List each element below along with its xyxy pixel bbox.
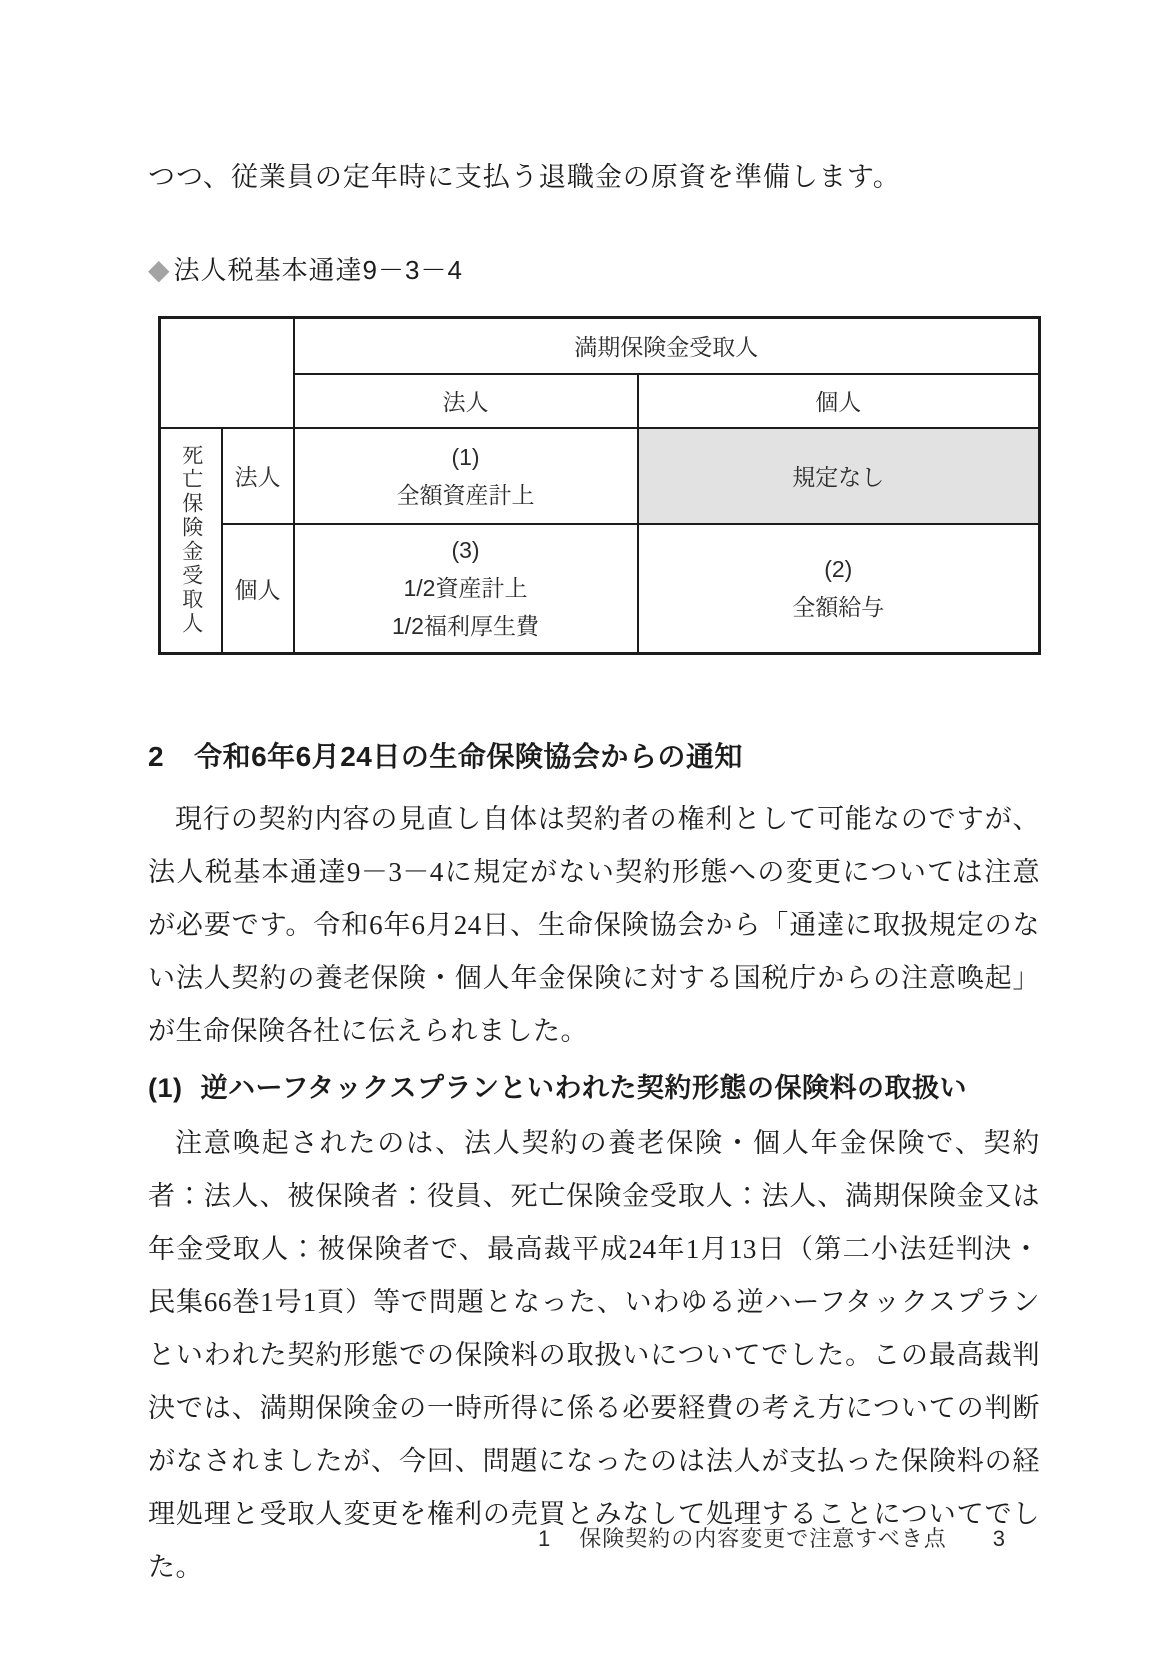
cell-number: (1) <box>297 438 635 476</box>
row-group-header-vertical: 死亡保険金受取人 <box>160 428 222 654</box>
section-number: 2 <box>148 739 164 775</box>
subsection-number: (1) <box>148 1062 183 1115</box>
subsection-1-heading: (1) 逆ハーフタックスプランといわれた契約形態の保険料の取扱い <box>148 1062 1040 1115</box>
table-row: 個人 (3) 1/2資産計上 1/2福利厚生費 (2) 全額給与 <box>160 524 1040 654</box>
cell-houjin-kojin-no-rule: 規定なし <box>638 428 1040 524</box>
section-title: 令和6年6月24日の生命保険協会からの通知 <box>194 739 743 775</box>
cell-text: 1/2福利厚生費 <box>297 607 635 645</box>
document-page: つつ、従業員の定年時に支払う退職金の原資を準備します。 ◆ 法人税基本通達9－3… <box>0 0 1166 1654</box>
section-2-heading: 2 令和6年6月24日の生命保険協会からの通知 <box>148 739 1040 775</box>
footer-chapter-number: 1 <box>538 1526 551 1552</box>
notice-heading-text: 法人税基本通達9－3－4 <box>174 254 463 286</box>
cell-1-houjin-houjin: (1) 全額資産計上 <box>294 428 638 524</box>
cell-number: (2) <box>641 550 1037 588</box>
tax-treatment-table: 満期保険金受取人 法人 個人 死亡保険金受取人 法人 (1) 全額資産計上 規定… <box>158 316 1041 655</box>
cell-text: 全額資産計上 <box>297 476 635 514</box>
column-header-houjin: 法人 <box>294 374 638 428</box>
table-corner-cell <box>160 318 294 428</box>
column-group-header: 満期保険金受取人 <box>294 318 1040 374</box>
footer-chapter-title: 保険契約の内容変更で注意すべき点 <box>579 1522 947 1553</box>
paragraph-1: 現行の契約内容の見直し自体は契約者の権利として可能なのですが、法人税基本通達9－… <box>148 793 1040 1058</box>
table-row: 死亡保険金受取人 法人 (1) 全額資産計上 規定なし <box>160 428 1040 524</box>
cell-text: 全額給与 <box>641 588 1037 626</box>
cell-text: 1/2資産計上 <box>297 569 635 607</box>
row-header-kojin: 個人 <box>222 524 294 654</box>
notice-heading: ◆ 法人税基本通達9－3－4 <box>148 254 1040 286</box>
cell-2-kojin-kojin: (2) 全額給与 <box>638 524 1040 654</box>
subsection-title: 逆ハーフタックスプランといわれた契約形態の保険料の取扱い <box>201 1062 968 1115</box>
cell-3-kojin-houjin: (3) 1/2資産計上 1/2福利厚生費 <box>294 524 638 654</box>
intro-paragraph-continuation: つつ、従業員の定年時に支払う退職金の原資を準備します。 <box>148 160 1040 194</box>
cell-number: (3) <box>297 531 635 569</box>
page-footer: 1 保険契約の内容変更で注意すべき点 3 <box>538 1522 1006 1553</box>
table-header-row-group: 満期保険金受取人 <box>160 318 1040 374</box>
row-header-houjin: 法人 <box>222 428 294 524</box>
column-header-kojin: 個人 <box>638 374 1040 428</box>
footer-page-number: 3 <box>993 1526 1006 1552</box>
diamond-bullet-icon: ◆ <box>148 256 171 284</box>
page-content: つつ、従業員の定年時に支払う退職金の原資を準備します。 ◆ 法人税基本通達9－3… <box>148 160 1040 1594</box>
